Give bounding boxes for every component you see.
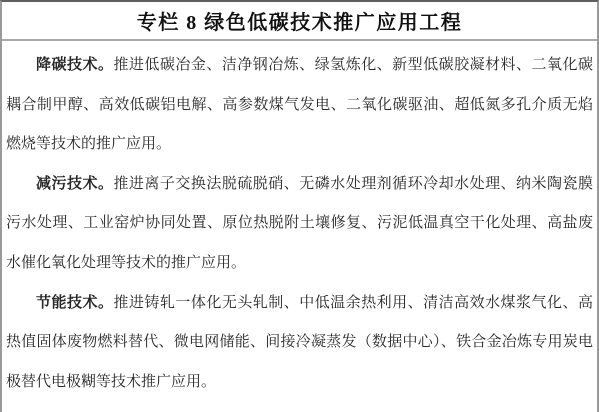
- text-line: 降碳技术。推进低碳冶金、洁净钢冶炼、绿氢炼化、新型低碳胶凝材料、二氧化碳: [6, 46, 593, 86]
- paragraph-lead: 减污技术。: [36, 176, 113, 192]
- text-line: 热值固体废物燃料替代、微电网储能、间接冷凝蒸发（数据中心）、铁合金冶炼专用炭电: [6, 323, 593, 363]
- paragraph-pollution-reduction: 减污技术。推进离子交换法脱硫脱硝、无磷水处理剂循环冷却水处理、纳米陶瓷膜污水处理…: [6, 165, 593, 284]
- paragraph-lead: 节能技术。: [36, 295, 113, 311]
- text-line: 燃烧等技术的推广应用。: [6, 125, 593, 165]
- box-body: 降碳技术。推进低碳冶金、洁净钢冶炼、绿氢炼化、新型低碳胶凝材料、二氧化碳耦合制甲…: [2, 41, 597, 402]
- paragraph-energy-saving: 节能技术。推进铸轧一体化无头轧制、中低温余热利用、清洁高效水煤浆气化、高热值固体…: [6, 284, 593, 403]
- box-title: 专栏 8 绿色低碳技术推广应用工程: [2, 2, 597, 41]
- text-line: 极替代电极糊等技术推广应用。: [6, 363, 593, 403]
- paragraph-lead: 降碳技术。: [36, 57, 113, 73]
- text-line: 水催化氧化处理等技术的推广应用。: [6, 244, 593, 284]
- text-line: 耦合制甲醇、高效低碳铝电解、高参数煤气发电、二氧化碳驱油、超低氮多孔介质无焰: [6, 86, 593, 126]
- paragraph-carbon-reduction: 降碳技术。推进低碳冶金、洁净钢冶炼、绿氢炼化、新型低碳胶凝材料、二氧化碳耦合制甲…: [6, 46, 593, 165]
- text-line: 减污技术。推进离子交换法脱硫脱硝、无磷水处理剂循环冷却水处理、纳米陶瓷膜: [6, 165, 593, 205]
- column-8-box: 专栏 8 绿色低碳技术推广应用工程 降碳技术。推进低碳冶金、洁净钢冶炼、绿氢炼化…: [0, 0, 599, 410]
- text-line: 节能技术。推进铸轧一体化无头轧制、中低温余热利用、清洁高效水煤浆气化、高: [6, 284, 593, 324]
- text-line: 污水处理、工业窑炉协同处置、原位热脱附土壤修复、污泥低温真空干化处理、高盐废: [6, 204, 593, 244]
